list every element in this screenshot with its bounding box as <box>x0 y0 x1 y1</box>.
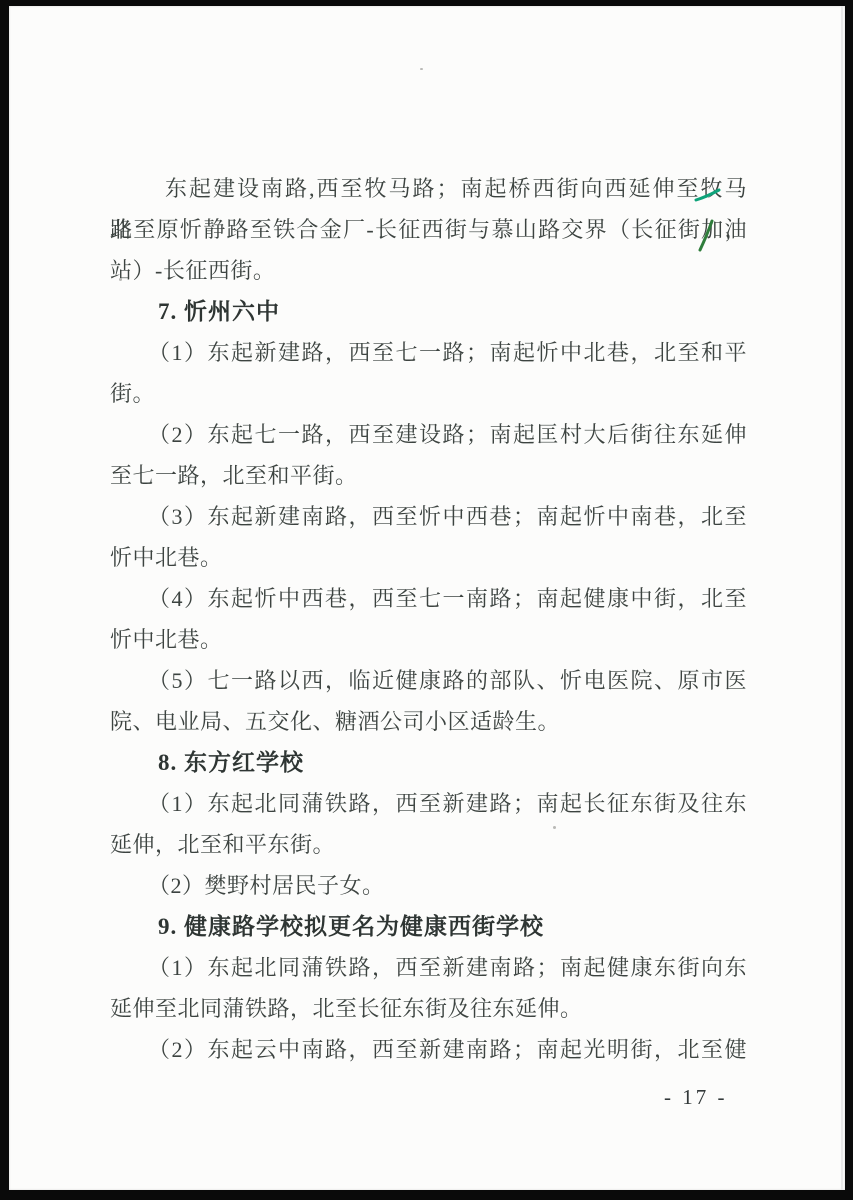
text-line: （2）东起七一路，西至建设路；南起匡村大后街往东延伸 <box>110 414 747 455</box>
text-line: （4）东起忻中西巷，西至七一南路；南起健康中街，北至 <box>110 578 747 619</box>
text-line: （3）东起新建南路，西至忻中西巷；南起忻中南巷，北至 <box>110 496 747 537</box>
text-line: 院、电业局、五交化、糖酒公司小区适龄生。 <box>110 701 747 742</box>
scan-edge-highlight <box>841 6 843 1190</box>
text-line: 忻中北巷。 <box>110 537 747 578</box>
document-page: 东起建设南路,西至牧马路；南起桥西街向西延伸至牧马路， 北至原忻静路至铁合金厂-… <box>9 6 845 1190</box>
text-line: 至七一路，北至和平街。 <box>110 455 747 496</box>
text-line: （1）东起北同蒲铁路，西至新建南路；南起健康东街向东 <box>110 947 747 988</box>
text-line: 街。 <box>110 373 747 414</box>
text-line: 忻中北巷。 <box>110 619 747 660</box>
scan-speck <box>119 278 122 281</box>
scan-speck <box>420 68 423 70</box>
text-line: 延伸，北至和平东街。 <box>110 824 747 865</box>
text-line: （1）东起北同蒲铁路，西至新建路；南起长征东街及往东 <box>110 783 747 824</box>
text-line: （5）七一路以西，临近健康路的部队、忻电医院、原市医 <box>110 660 747 701</box>
text-line: 延伸至北同蒲铁路，北至长征东街及往东延伸。 <box>110 988 747 1029</box>
text-line: 东起建设南路,西至牧马路；南起桥西街向西延伸至牧马路， <box>110 168 747 209</box>
text-line: （2）东起云中南路，西至新建南路；南起光明街，北至健 <box>110 1029 747 1070</box>
document-body: 东起建设南路,西至牧马路；南起桥西街向西延伸至牧马路， 北至原忻静路至铁合金厂-… <box>110 168 747 1070</box>
text-line: 站）-长征西街。 <box>110 250 747 291</box>
section-heading-7: 7. 忻州六中 <box>110 291 747 332</box>
scan-speck <box>553 826 556 829</box>
section-heading-8: 8. 东方红学校 <box>110 742 747 783</box>
text-line: （2）樊野村居民子女。 <box>110 865 747 906</box>
text-line: （1）东起新建路，西至七一路；南起忻中北巷，北至和平 <box>110 332 747 373</box>
section-heading-9: 9. 健康路学校拟更名为健康西街学校 <box>110 906 747 947</box>
page-number: - 17 - <box>664 1082 728 1112</box>
text-line: 北至原忻静路至铁合金厂-长征西街与慕山路交界（长征街加油 <box>110 209 747 250</box>
